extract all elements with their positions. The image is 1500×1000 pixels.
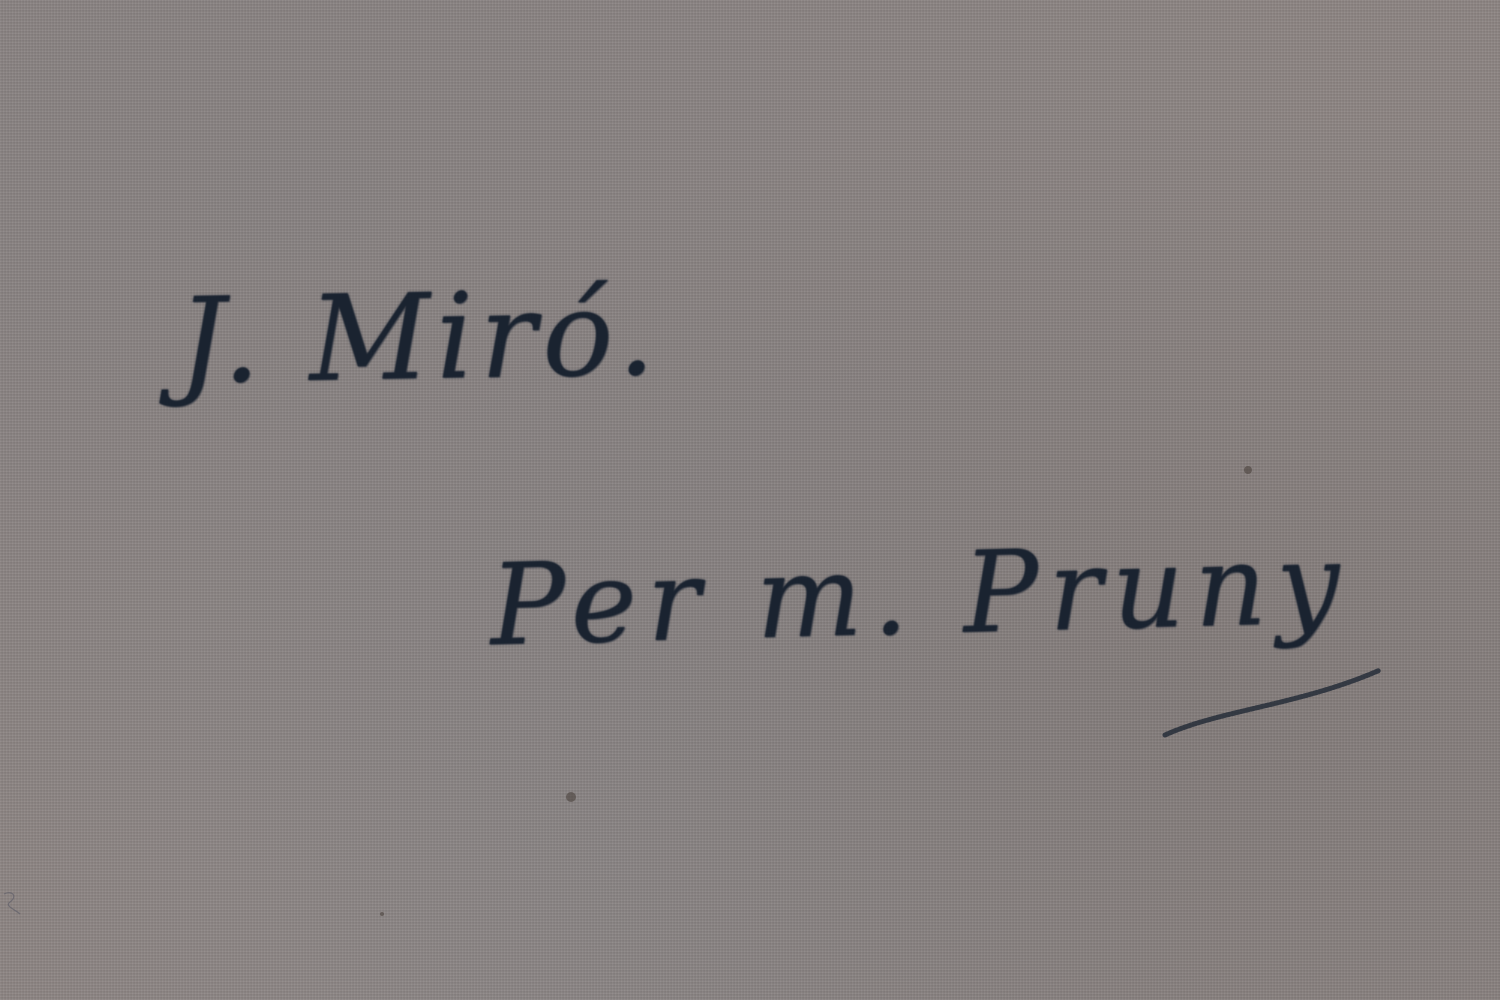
signature-flourish [1160,650,1390,740]
canvas-speck [380,912,384,916]
canvas-speck [566,792,576,802]
signature-inscription: J. Miró. [177,264,662,410]
canvas-back: J. Miró. Per m. Pruny [0,0,1500,1000]
canvas-speck [1244,466,1252,474]
dedication-inscription: Per m. Pruny [488,519,1351,671]
pencil-mark [2,888,26,918]
